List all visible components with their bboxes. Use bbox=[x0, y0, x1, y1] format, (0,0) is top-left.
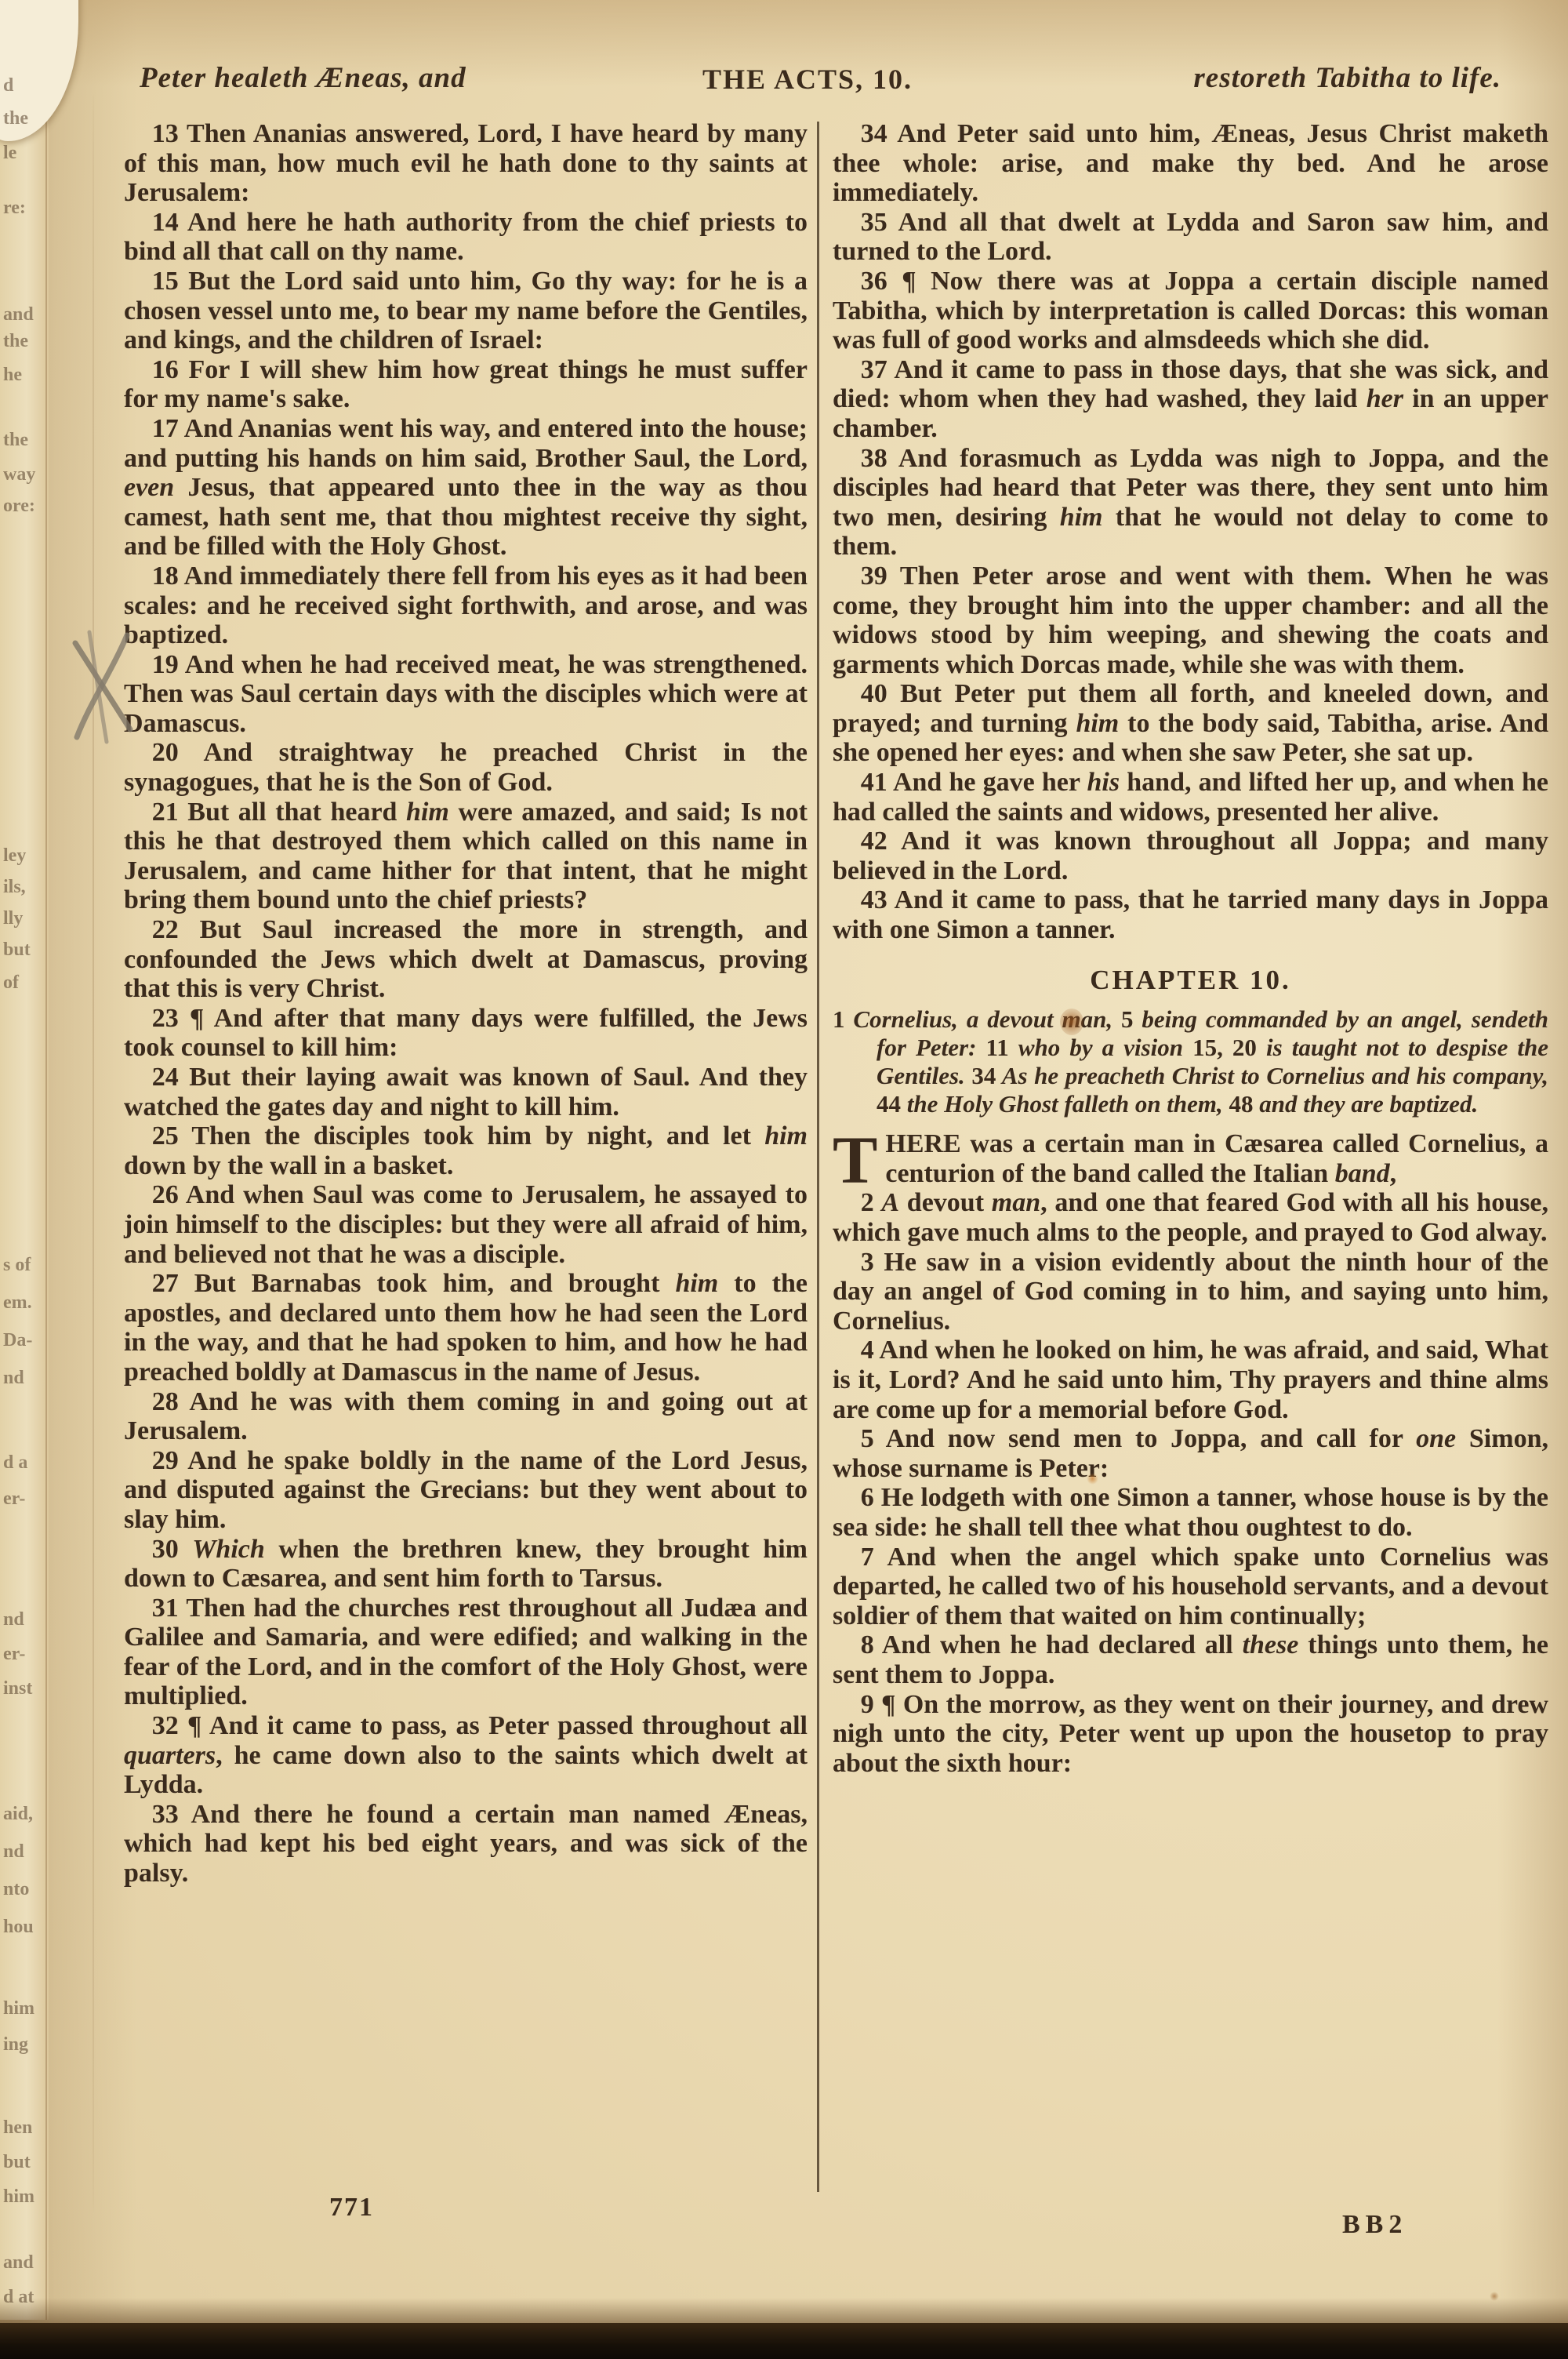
verse: 33 And there he found a certain man name… bbox=[124, 1800, 808, 1888]
gutter-text-fragment: him bbox=[3, 1998, 34, 2019]
verse: 43 And it came to pass, that he tarried … bbox=[833, 885, 1548, 944]
verse: 28 And he was with them coming in and go… bbox=[124, 1387, 808, 1446]
verse-number: 42 bbox=[861, 827, 887, 856]
verse: 35 And all that dwelt at Lydda and Saron… bbox=[833, 208, 1548, 267]
verse-number: 40 bbox=[861, 679, 887, 708]
gutter-text-fragment: way bbox=[3, 464, 35, 485]
gutter-text-fragment: ils, bbox=[3, 877, 26, 898]
verse-number: 21 bbox=[152, 798, 179, 827]
gutter-text-fragment: the bbox=[3, 108, 28, 129]
gutter-text-fragment: s of bbox=[3, 1255, 31, 1276]
text-column-left: 13 Then Ananias answered, Lord, I have h… bbox=[124, 119, 808, 2190]
verse: 15 But the Lord said unto him, Go thy wa… bbox=[124, 267, 808, 355]
gutter-text-fragment: re: bbox=[3, 198, 26, 219]
verse-number: 32 bbox=[152, 1711, 179, 1740]
page-bottom-shadow bbox=[0, 2298, 1568, 2324]
verse: 24 But their laying await was known of S… bbox=[124, 1063, 808, 1121]
verse: 5 And now send men to Joppa, and call fo… bbox=[833, 1424, 1548, 1483]
verse-number: 4 bbox=[861, 1336, 874, 1365]
verse-number: 19 bbox=[152, 650, 179, 679]
verse: 37 And it came to pass in those days, th… bbox=[833, 355, 1548, 444]
verse-number: 28 bbox=[152, 1387, 179, 1416]
verse-number: 31 bbox=[152, 1594, 179, 1623]
verse: 27 But Barnabas took him, and brought hi… bbox=[124, 1269, 808, 1387]
gutter-text-fragment: le bbox=[3, 143, 16, 164]
gutter-text-fragment: lly bbox=[3, 908, 23, 929]
drop-cap: T bbox=[833, 1129, 885, 1186]
verse-number: 33 bbox=[152, 1800, 179, 1829]
verse: 17 And Ananias went his way, and entered… bbox=[124, 414, 808, 562]
gutter-text-fragment: the bbox=[3, 331, 28, 352]
verse-number: 7 bbox=[861, 1543, 874, 1572]
gutter-text-fragment: but bbox=[3, 940, 31, 961]
running-header-right: restoreth Tabitha to life. bbox=[1090, 61, 1501, 95]
verse: 4 And when he looked on him, he was afra… bbox=[833, 1336, 1548, 1424]
verse-number: 41 bbox=[861, 768, 887, 797]
gutter-text-fragment: er- bbox=[3, 1488, 25, 1510]
verse: 29 And he spake boldly in the name of th… bbox=[124, 1446, 808, 1535]
verse: 3 He saw in a vision evidently about the… bbox=[833, 1248, 1548, 1336]
verse: 25 Then the disciples took him by night,… bbox=[124, 1121, 808, 1180]
verse: 6 He lodgeth with one Simon a tanner, wh… bbox=[833, 1483, 1548, 1542]
gutter-text-fragment: ley bbox=[3, 845, 26, 867]
verse-number: 20 bbox=[152, 738, 179, 767]
column-divider-rule bbox=[817, 122, 819, 2192]
verse: 26 And when Saul was come to Jerusalem, … bbox=[124, 1180, 808, 1269]
verse: 42 And it was known throughout all Joppa… bbox=[833, 827, 1548, 885]
gutter-text-fragment: the bbox=[3, 430, 28, 451]
verse-number: 43 bbox=[861, 885, 887, 914]
verse: 41 And he gave her his hand, and lifted … bbox=[833, 768, 1548, 827]
gutter-text-fragment: er- bbox=[3, 1644, 25, 1665]
verse-number: 34 bbox=[861, 119, 887, 148]
page-edge-crease bbox=[45, 0, 47, 2320]
verse-number: 17 bbox=[152, 414, 179, 443]
verse-number: 8 bbox=[861, 1630, 874, 1659]
verse: 7 And when the angel which spake unto Co… bbox=[833, 1543, 1548, 1631]
verse: 38 And forasmuch as Lydda was nigh to Jo… bbox=[833, 444, 1548, 562]
gutter-text-fragment: ore: bbox=[3, 496, 35, 517]
gutter-text-fragment: him bbox=[3, 2186, 34, 2208]
gutter-text-fragment: and bbox=[3, 2252, 34, 2274]
verse-number: 36 bbox=[861, 267, 887, 296]
chapter-heading: CHAPTER 10. bbox=[833, 965, 1548, 995]
verse: 39 Then Peter arose and went with them. … bbox=[833, 562, 1548, 679]
chapter-first-verse: THERE was a certain man in Cæsarea calle… bbox=[833, 1129, 1548, 1188]
gutter-text-fragment: em. bbox=[3, 1292, 32, 1314]
verse: 18 And immediately there fell from his e… bbox=[124, 562, 808, 650]
verse-number: 22 bbox=[152, 915, 179, 944]
verse: 8 And when he had declared all these thi… bbox=[833, 1630, 1548, 1689]
verse: 31 Then had the churches rest throughout… bbox=[124, 1594, 808, 1711]
verse-number: 14 bbox=[152, 208, 179, 237]
gutter-text-fragment: but bbox=[3, 2152, 31, 2173]
verse-number: 16 bbox=[152, 355, 179, 384]
gutter-text-fragment: nd bbox=[3, 1609, 24, 1630]
verse-number: 37 bbox=[861, 355, 887, 384]
verse: 30 Which when the brethren knew, they br… bbox=[124, 1535, 808, 1594]
verse: 40 But Peter put them all forth, and kne… bbox=[833, 679, 1548, 768]
gutter-text-fragment: d bbox=[3, 75, 13, 96]
gutter-text-fragment: nd bbox=[3, 1841, 24, 1863]
chapter-summary: 1 Cornelius, a devout man, 5 being comma… bbox=[833, 1005, 1548, 1118]
gutter-text-fragment: he bbox=[3, 365, 22, 386]
rust-stain bbox=[1060, 1009, 1083, 1035]
small-stain bbox=[1087, 1473, 1098, 1485]
verse-number: 9 bbox=[861, 1690, 874, 1719]
verse-number: 23 bbox=[152, 1004, 179, 1033]
verse-number: 26 bbox=[152, 1180, 179, 1209]
running-header-title: THE ACTS, 10. bbox=[690, 63, 925, 96]
verse: 34 And Peter said unto him, Æneas, Jesus… bbox=[833, 119, 1548, 208]
verse: 21 But all that heard him were amazed, a… bbox=[124, 798, 808, 915]
verse: 23 ¶ And after that many days were fulfi… bbox=[124, 1004, 808, 1063]
verse: 9 ¶ On the morrow, as they went on their… bbox=[833, 1690, 1548, 1779]
verse-number: 3 bbox=[861, 1248, 874, 1277]
gutter-text-fragment: inst bbox=[3, 1678, 32, 1699]
verse-number: 27 bbox=[152, 1269, 179, 1298]
signature-mark: BB2 bbox=[1342, 2210, 1407, 2240]
verse-number: 39 bbox=[861, 562, 887, 591]
gutter-text-fragment: of bbox=[3, 972, 19, 994]
text-column-right: 34 And Peter said unto him, Æneas, Jesus… bbox=[833, 119, 1548, 2260]
verse-number: 35 bbox=[861, 208, 887, 237]
verse: 16 For I will shew him how great things … bbox=[124, 355, 808, 414]
running-header-left: Peter healeth Æneas, and bbox=[140, 61, 466, 95]
verses-acts10: 2 A devout man, and one that feared God … bbox=[833, 1188, 1548, 1778]
gutter-text-fragment: d a bbox=[3, 1452, 27, 1474]
verse-number: 24 bbox=[152, 1063, 179, 1092]
verse-number: 29 bbox=[152, 1446, 179, 1475]
verse: 14 And here he hath authority from the c… bbox=[124, 208, 808, 267]
verse-number: 38 bbox=[861, 444, 887, 473]
verse: 32 ¶ And it came to pass, as Peter passe… bbox=[124, 1711, 808, 1800]
verse: 19 And when he had received meat, he was… bbox=[124, 650, 808, 739]
verse-number: 5 bbox=[861, 1424, 874, 1453]
verses-acts9-end: 34 And Peter said unto him, Æneas, Jesus… bbox=[833, 119, 1548, 945]
verse-number: 6 bbox=[861, 1483, 874, 1512]
gutter-text-fragment: Da- bbox=[3, 1330, 32, 1351]
verse-number: 30 bbox=[152, 1535, 179, 1564]
verse: 36 ¶ Now there was at Joppa a certain di… bbox=[833, 267, 1548, 355]
verse: 2 A devout man, and one that feared God … bbox=[833, 1188, 1548, 1247]
bible-page-scan: dthelere:andthehethewayore:leyils,llybut… bbox=[0, 0, 1568, 2359]
verse-number: 18 bbox=[152, 562, 179, 591]
gutter-text-fragment: aid, bbox=[3, 1804, 33, 1825]
verse-number: 25 bbox=[152, 1121, 179, 1150]
gutter-text-fragment: nd bbox=[3, 1368, 24, 1389]
book-bottom-edge bbox=[0, 2323, 1568, 2359]
page-edge-crease bbox=[93, 94, 94, 2212]
verse-number: 2 bbox=[861, 1188, 874, 1217]
gutter-text-fragment: nto bbox=[3, 1879, 29, 1900]
page-number: 771 bbox=[329, 2193, 374, 2223]
gutter-text-fragment: ing bbox=[3, 2034, 28, 2055]
gutter-text-fragment: hen bbox=[3, 2117, 32, 2139]
verse: 13 Then Ananias answered, Lord, I have h… bbox=[124, 119, 808, 208]
gutter-text-fragment: hou bbox=[3, 1917, 34, 1938]
verse-number: 13 bbox=[152, 119, 179, 148]
pencil-x-mark bbox=[66, 626, 144, 751]
verse: 20 And straightway he preached Christ in… bbox=[124, 738, 808, 797]
verse: 22 But Saul increased the more in streng… bbox=[124, 915, 808, 1004]
gutter-text-fragment: and bbox=[3, 304, 34, 325]
verse-number: 15 bbox=[152, 267, 179, 296]
